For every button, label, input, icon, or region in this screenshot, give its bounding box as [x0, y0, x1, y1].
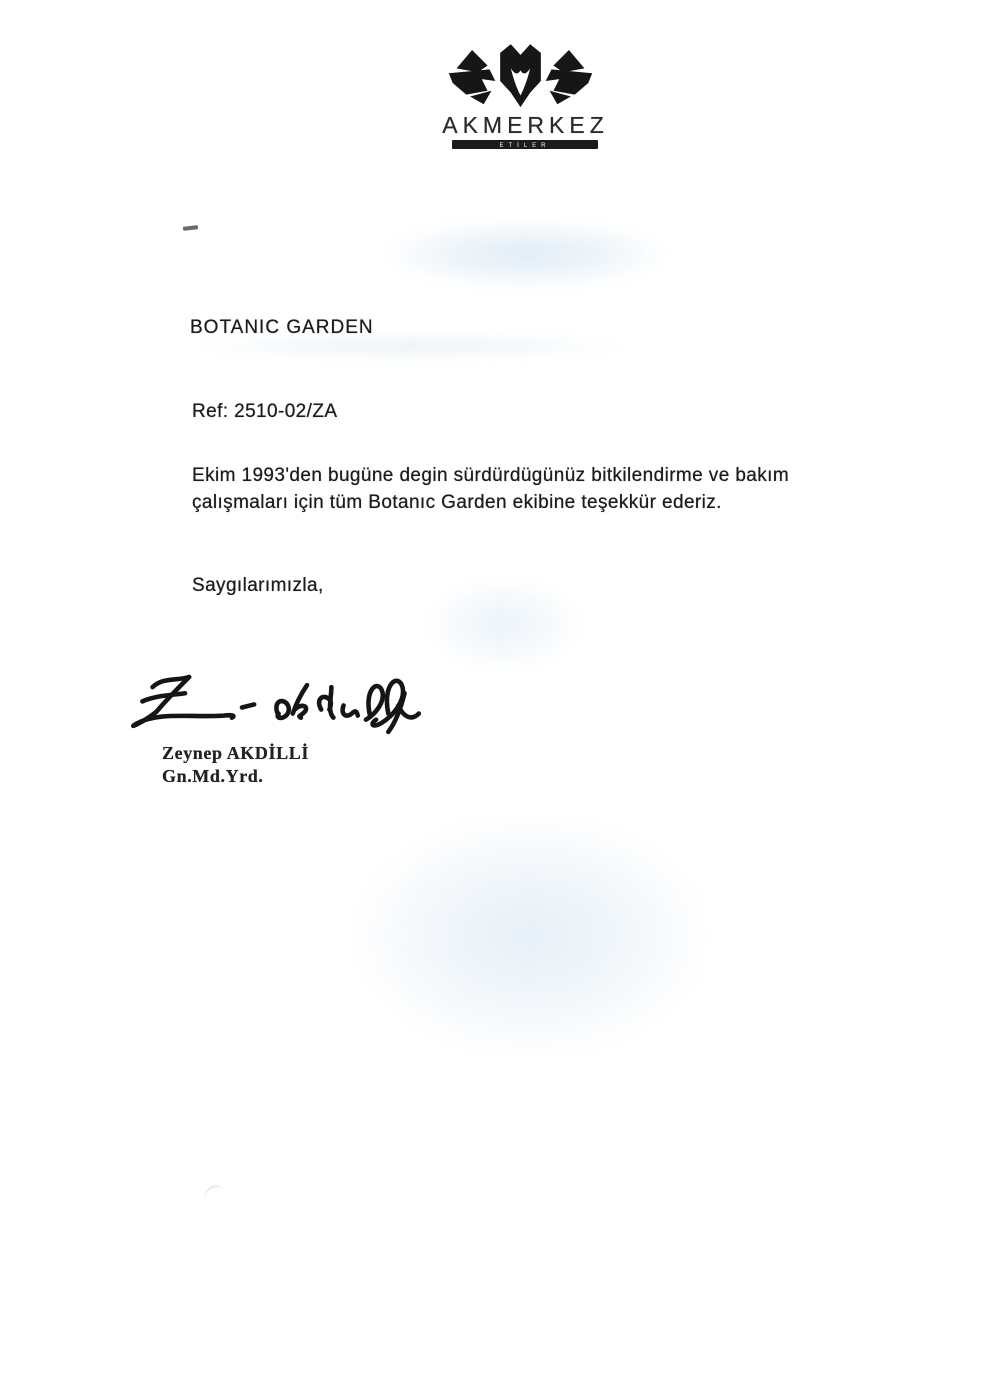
letterhead: AKMERKEZ ETİLER	[0, 0, 1000, 170]
closing-line: Saygılarımızla,	[192, 572, 324, 599]
reference-line: Ref: 2510-02/ZA	[192, 398, 337, 425]
scan-smudge	[428, 578, 578, 670]
brand-name: AKMERKEZ	[408, 112, 643, 139]
recipient-line: BOTANIC GARDEN	[190, 314, 374, 341]
letter-body: Ekim 1993'den bugüne degin sürdürdügünüz…	[192, 462, 872, 516]
scan-stray-squiggle	[202, 1183, 227, 1207]
akmerkez-tulip-logo-icon	[443, 42, 598, 120]
handwritten-signature	[118, 664, 433, 752]
signer-name: Zeynep AKDİLLİ	[162, 742, 309, 765]
body-line-1: Ekim 1993'den bugüne degin sürdürdügünüz…	[192, 465, 789, 486]
scan-stray-mark	[183, 225, 198, 231]
scanned-letter-page: AKMERKEZ ETİLER BOTANIC GARDEN Ref: 2510…	[0, 0, 1000, 1376]
scan-smudge	[388, 220, 663, 288]
body-line-2: çalışmaları için tüm Botanıc Garden ekib…	[192, 492, 722, 513]
brand-banner-text: ETİLER	[499, 142, 550, 149]
scan-smudge	[358, 818, 703, 1053]
brand-banner: ETİLER	[452, 140, 598, 149]
signer-title: Gn.Md.Yrd.	[162, 765, 264, 788]
